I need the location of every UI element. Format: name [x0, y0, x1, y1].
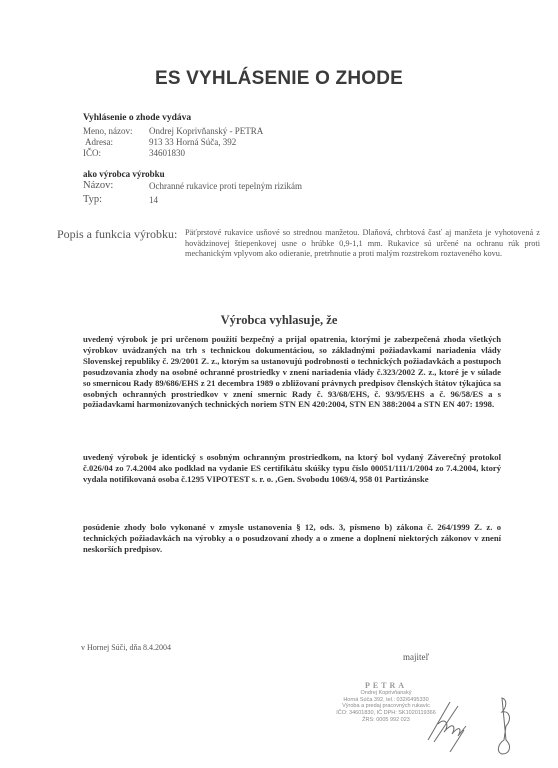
field-label: Adresa: [85, 137, 113, 147]
issuer-heading: Vyhlásenie o zhode vydáva [83, 113, 191, 123]
field-value: 34601830 [149, 148, 185, 158]
field-label: Meno, názov: [83, 126, 133, 136]
declaration-paragraph-2: uvedený výrobok je identický s osobným o… [83, 452, 501, 485]
declaration-paragraph-1: uvedený výrobok je pri určenom použití b… [83, 334, 501, 410]
declaration-heading: Výrobca vyhlasuje, že [0, 313, 558, 328]
field-label: IČO: [83, 148, 101, 158]
product-heading: ako výrobca výrobku [83, 169, 165, 179]
stamp-brand: PETRA [326, 683, 446, 690]
handwritten-signature-icon [420, 690, 530, 760]
owner-label: majiteľ [403, 652, 429, 662]
field-value: 913 33 Horná Súča, 392 [149, 137, 236, 147]
document-page: ES VYHLÁSENIE O ZHODE Vyhlásenie o zhode… [0, 0, 558, 768]
field-value: Ondrej Koprivňanský - PETRA [149, 126, 263, 136]
field-label: Typ: [83, 194, 102, 205]
place-and-date: v Hornej Súči, dňa 8.4.2004 [81, 643, 171, 652]
description-label: Popis a funkcia výrobku: [57, 227, 177, 242]
field-value: Ochranné rukavice proti tepelným rizikám [149, 181, 302, 191]
field-value: 14 [149, 195, 158, 205]
declaration-paragraph-3: posúdenie zhody bolo vykonané v zmysle u… [83, 522, 501, 555]
field-label: Názov: [83, 180, 113, 191]
description-text: Päťprstové rukavice usňové so strednou m… [185, 228, 540, 260]
document-title: ES VYHLÁSENIE O ZHODE [0, 68, 558, 90]
